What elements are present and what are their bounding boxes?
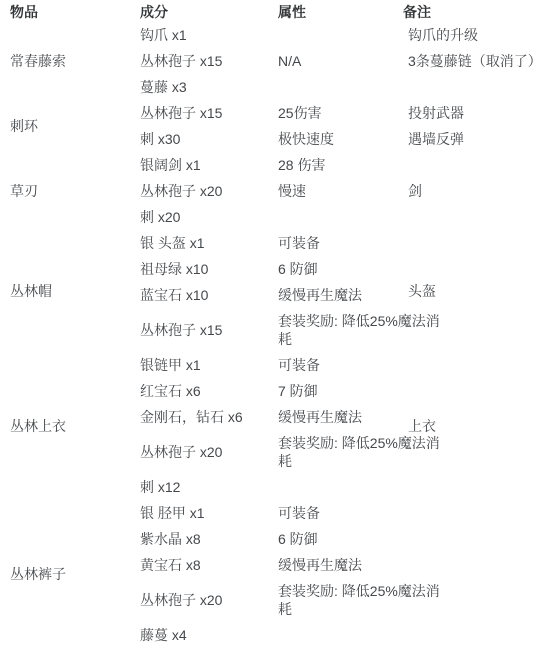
note: 投射武器 [390,100,545,126]
ingredient: 钩爪 x1 [130,22,268,48]
property-set-bonus: 套装奖励: 降低25%魔法消耗 [278,582,448,618]
property: 6 防御 [268,256,390,282]
ingredient: 蓝宝石 x10 [130,282,268,308]
column-header-item: 物品 [0,0,130,22]
property [268,622,390,645]
item-name: 丛林帽 [0,230,130,352]
ingredient-row: 丛林上衣银链甲 x1可装备上衣 [0,352,545,378]
property: 6 防御 [268,526,390,552]
note: 剑 [390,152,545,230]
note: 遇墙反弹 [390,126,545,152]
property-set-bonus: 套装奖励: 降低25%魔法消耗 [278,434,448,470]
property [268,204,390,230]
ingredient: 银 头盔 x1 [130,230,268,256]
ingredient: 金刚石，钻石 x6 [130,404,268,430]
property: 可装备 [268,352,390,378]
column-header-notes: 备注 [390,0,545,22]
item-name: 草刃 [0,152,130,230]
ingredient: 丛林孢子 x20 [130,178,268,204]
ingredient: 丛林孢子 x20 [130,578,268,622]
ingredient-row: 刺环丛林孢子 x1525伤害投射武器 [0,100,545,126]
ingredient-row: 草刃银阔剑 x128 伤害剑 [0,152,545,178]
item-name: 丛林裤子 [0,500,130,645]
ingredient-row: 丛林裤子银 胫甲 x1可装备 [0,500,545,526]
table-body: 常春藤索钩爪 x1钩爪的升级丛林孢子 x15N/A3条蔓藤链（取消了）蔓藤 x3… [0,22,545,645]
note [390,74,545,100]
property: 套装奖励: 降低25%魔法消耗 [268,308,390,352]
column-header-ingredients: 成分 [130,0,268,22]
ingredient: 丛林孢子 x20 [130,430,268,474]
property: N/A [268,48,390,74]
ingredient: 刺 x20 [130,204,268,230]
ingredient-row: 丛林帽银 头盔 x1可装备头盔 [0,230,545,256]
property: 极快速度 [268,126,390,152]
ingredient: 丛林孢子 x15 [130,100,268,126]
note: 3条蔓藤链（取消了） [390,48,545,74]
item-name: 常春藤索 [0,22,130,100]
note [390,500,545,645]
item-name: 丛林上衣 [0,352,130,500]
property: 可装备 [268,230,390,256]
ingredient: 祖母绿 x10 [130,256,268,282]
property: 套装奖励: 降低25%魔法消耗 [268,578,390,622]
property: 缓慢再生魔法 [268,282,390,308]
ingredient: 紫水晶 x8 [130,526,268,552]
property: 缓慢再生魔法 [268,404,390,430]
ingredient: 丛林孢子 x15 [130,48,268,74]
ingredient: 红宝石 x6 [130,378,268,404]
crafting-table: 物品 成分 属性 备注 常春藤索钩爪 x1钩爪的升级丛林孢子 x15N/A3条蔓… [0,0,545,645]
column-header-properties: 属性 [268,0,390,22]
property [268,74,390,100]
property: 可装备 [268,500,390,526]
ingredient: 银阔剑 x1 [130,152,268,178]
ingredient: 黄宝石 x8 [130,552,268,578]
property: 套装奖励: 降低25%魔法消耗 [268,430,390,474]
ingredient: 刺 x12 [130,474,268,500]
property: 缓慢再生魔法 [268,552,390,578]
ingredient: 刺 x30 [130,126,268,152]
item-name: 刺环 [0,100,130,152]
note: 上衣 [390,352,545,500]
property: 28 伤害 [268,152,390,178]
header-row: 物品 成分 属性 备注 [0,0,545,22]
property [268,22,390,48]
note: 钩爪的升级 [390,22,545,48]
ingredient: 银 胫甲 x1 [130,500,268,526]
property: 慢速 [268,178,390,204]
ingredient: 丛林孢子 x15 [130,308,268,352]
ingredient-row: 常春藤索钩爪 x1钩爪的升级 [0,22,545,48]
ingredient: 藤蔓 x4 [130,622,268,645]
property: 7 防御 [268,378,390,404]
property: 25伤害 [268,100,390,126]
ingredient: 蔓藤 x3 [130,74,268,100]
property [268,474,390,500]
ingredient: 银链甲 x1 [130,352,268,378]
property-set-bonus: 套装奖励: 降低25%魔法消耗 [278,312,448,348]
